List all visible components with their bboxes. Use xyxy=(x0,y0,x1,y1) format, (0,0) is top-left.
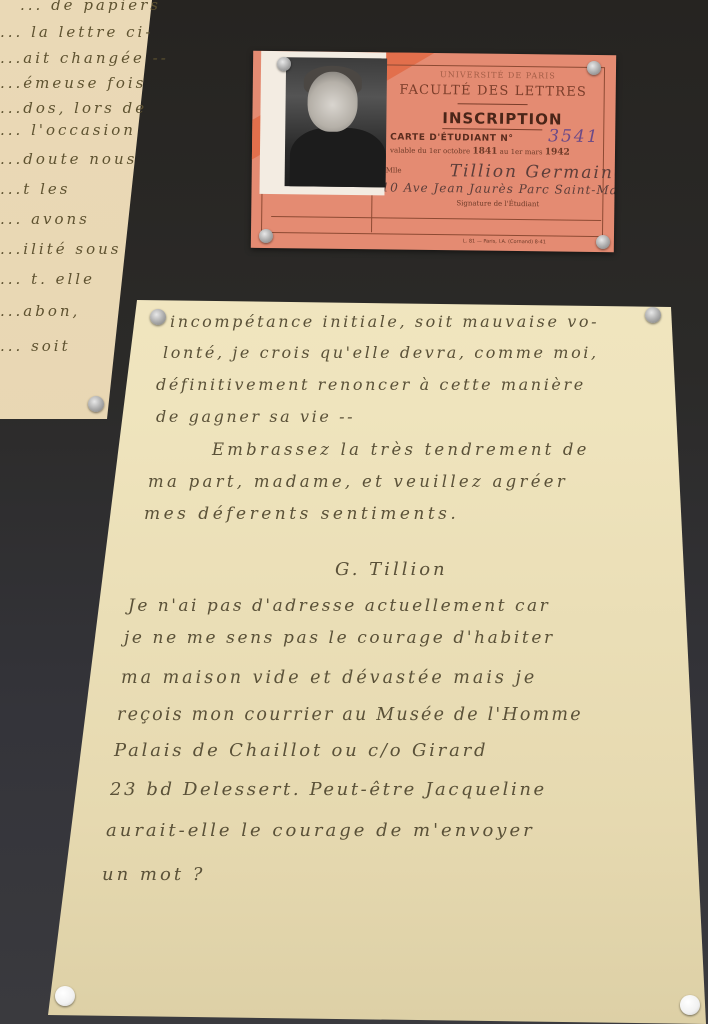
letter-line: reçois mon courrier au Musée de l'Homme xyxy=(117,705,583,725)
letter-line: un mot ? xyxy=(102,864,205,885)
pin-icon xyxy=(596,235,610,249)
letter-line: définitivement renoncer à cette manière xyxy=(156,375,586,394)
left-letter-line: ... de papiers xyxy=(20,0,161,14)
left-letter-line: ...t les xyxy=(0,180,70,198)
salutation: Mlle xyxy=(386,166,402,174)
left-letter-line: ...ait changée -- xyxy=(0,49,169,67)
portrait-body xyxy=(289,127,386,187)
letter-line: je ne me sens pas le courage d'habiter xyxy=(124,628,555,648)
left-letter-line: ... avons xyxy=(0,210,90,228)
letter-line: lonté, je crois qu'elle devra, comme moi… xyxy=(163,343,599,362)
left-letter-line: ...émeuse fois xyxy=(0,74,146,92)
letter-line: 23 bd Delessert. Peut-être Jacqueline xyxy=(110,779,547,800)
portrait-face xyxy=(307,71,358,132)
faculty-name: FACULTÉ DES LETTRES xyxy=(381,82,606,100)
letter-line: ma maison vide et dévastée mais je xyxy=(121,668,537,688)
left-letter-line: ...ilité sous xyxy=(0,240,121,258)
letter-line: aurait-elle le courage de m'envoyer xyxy=(106,820,535,841)
pin-icon xyxy=(645,307,661,323)
left-letter-line: ...doute nous xyxy=(0,150,137,168)
letter-line: Embrassez la très tendrement de xyxy=(212,440,590,459)
letter-line: incompétance initiale, soit mauvaise vo- xyxy=(170,312,599,331)
validity-prefix: valable du 1er octobre xyxy=(390,146,470,155)
letter-line: Je n'ai pas d'adresse actuellement car xyxy=(128,596,550,616)
left-letter-line: ...abon, xyxy=(0,302,80,320)
left-letter-line: ... t. elle xyxy=(0,270,95,288)
portrait-photo xyxy=(285,57,388,187)
photo-mount xyxy=(259,51,386,196)
validity-mid: au 1er mars xyxy=(500,148,543,157)
left-letter-line: ... la lettre ci- xyxy=(0,23,153,41)
left-letter-line: ... l'occasion xyxy=(0,121,136,139)
student-name: Tillion Germaine xyxy=(450,161,617,183)
printer-line: L. 81 — Paris, I.A. (Cornand) 8-41 xyxy=(463,238,546,245)
pin-icon xyxy=(587,61,601,75)
left-letter-line: ... soit xyxy=(0,337,71,355)
pin-icon xyxy=(150,309,166,325)
letter-signature: G. Tillion xyxy=(335,559,448,580)
pin-icon xyxy=(680,995,700,1015)
pin-icon xyxy=(55,986,75,1006)
letter-line: de gagner sa vie -- xyxy=(156,407,355,426)
pin-icon xyxy=(88,396,104,412)
letter-line: mes déferents sentiments. xyxy=(144,504,459,524)
validity-year-start: 1841 xyxy=(472,146,497,156)
student-id-card: UNIVERSITÉ DE PARIS FACULTÉ DES LETTRES … xyxy=(251,51,616,252)
pin-icon xyxy=(259,229,273,243)
validity-year-end: 1942 xyxy=(545,147,570,157)
letter-line: Palais de Chaillot ou c/o Girard xyxy=(114,740,488,761)
signature-label: Signature de l'Étudiant xyxy=(456,199,539,208)
card-number: 3541 xyxy=(548,126,600,147)
left-letter-line: ...dos, lors de xyxy=(0,99,147,117)
letter-line: ma part, madame, et veuillez agréer xyxy=(148,472,568,491)
pin-icon xyxy=(277,57,291,71)
card-number-label: CARTE D'ÉTUDIANT N° xyxy=(390,132,513,144)
